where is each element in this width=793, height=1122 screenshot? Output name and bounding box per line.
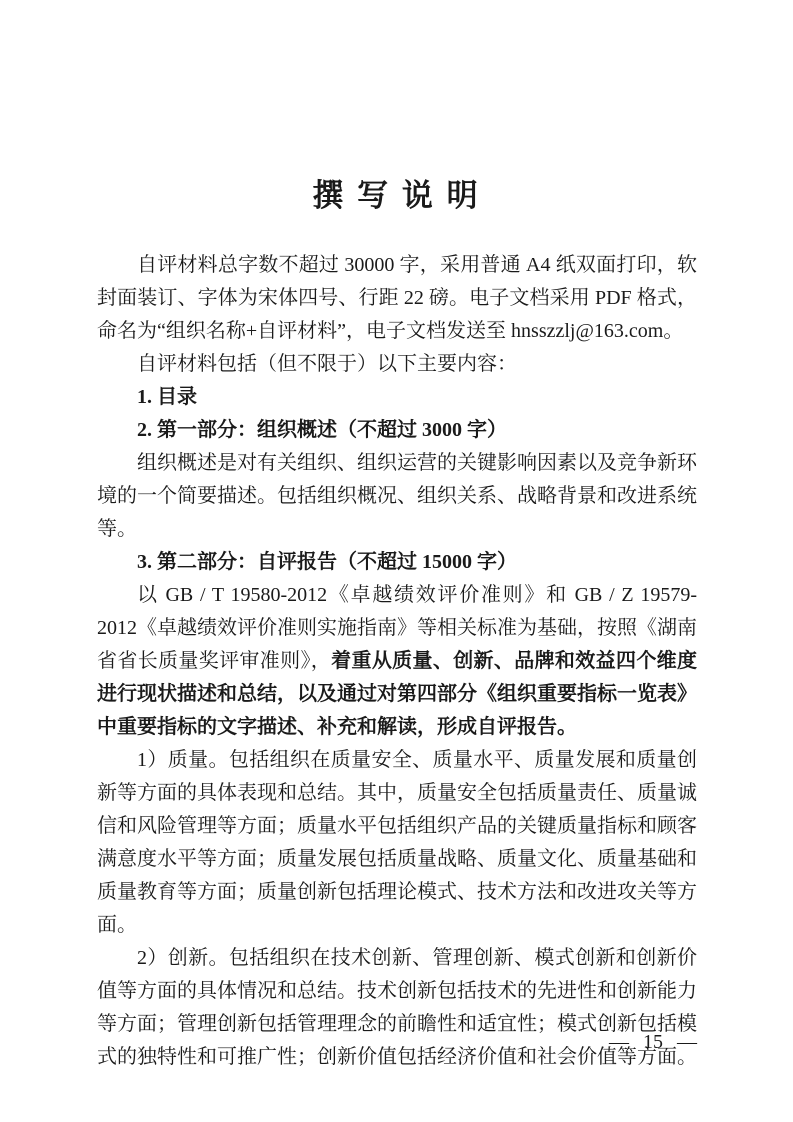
list-item-part2-heading: 3. 第二部分：自评报告（不超过 15000 字） [97, 546, 697, 579]
page-number-value: 15 [643, 1030, 663, 1054]
document-page: 撰 写 说 明 自评材料总字数不超过 30000 字，采用普通 A4 纸双面打印… [0, 0, 793, 1122]
innovation-paragraph: 2）创新。包括组织在技术创新、管理创新、模式创新和创新价值等方面的具体情况和总结… [97, 942, 697, 1074]
intro-paragraph: 自评材料总字数不超过 30000 字，采用普通 A4 纸双面打印，软封面装订、字… [97, 249, 697, 348]
page-number-dash-right: — [677, 1030, 697, 1054]
part2-description: 以 GB / T 19580-2012《卓越绩效评价准则》和 GB / Z 19… [97, 579, 697, 744]
page-number-dash-left: — [609, 1030, 629, 1054]
part1-description: 组织概述是对有关组织、组织运营的关键影响因素以及竞争新环境的一个简要描述。包括组… [97, 447, 697, 546]
page-title: 撰 写 说 明 [0, 170, 793, 215]
quality-paragraph: 1）质量。包括组织在质量安全、质量水平、质量发展和质量创新等方面的具体表现和总结… [97, 744, 697, 942]
document-body: 自评材料总字数不超过 30000 字，采用普通 A4 纸双面打印，软封面装订、字… [97, 249, 697, 1074]
list-item-toc: 1. 目录 [97, 381, 697, 414]
page-number: — 15 — [609, 1030, 697, 1054]
list-item-part1-heading: 2. 第一部分：组织概述（不超过 3000 字） [97, 414, 697, 447]
includes-intro-paragraph: 自评材料包括（但不限于）以下主要内容： [97, 348, 697, 381]
